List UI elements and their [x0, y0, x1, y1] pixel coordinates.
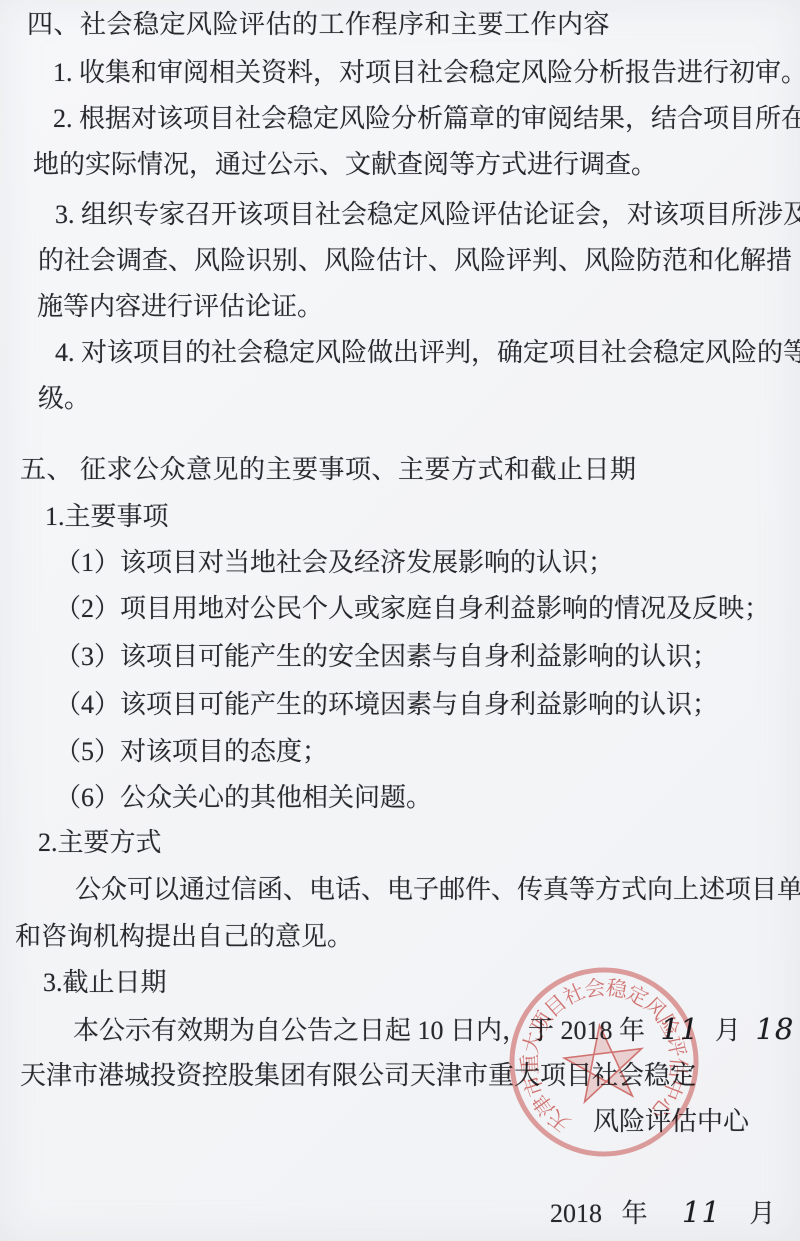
- date-year: 2018: [550, 1198, 602, 1230]
- section5-sub2-line2: 和咨询机构提出自己的意见。: [15, 921, 353, 953]
- section5-sub1-item3: （3）该项目可能产生的安全因素与自身利益影响的认识；: [55, 641, 718, 673]
- seal-text-char: 定: [623, 981, 653, 1012]
- section4-heading: 四、社会稳定风险评估的工作程序和主要工作内容: [27, 9, 610, 41]
- document-page: 四、社会稳定风险评估的工作程序和主要工作内容 1. 收集和审阅相关资料，对项目社…: [0, 0, 800, 1241]
- section5-sub3-title: 3.截止日期: [43, 967, 167, 999]
- section5-sub1-item2: （2）项目用地对公民个人或家庭自身利益影响的情况及反映；: [55, 593, 770, 625]
- section5-sub1-item6: （6）公众关心的其他相关问题。: [55, 782, 432, 814]
- section5-sub1-title: 1.主要事项: [45, 501, 169, 533]
- signature-org-line2: 风险评估中心: [593, 1106, 749, 1138]
- signature-org-line1: 天津市港城投资控股集团有限公司天津市重大项目社会稳定: [20, 1060, 696, 1092]
- deadline-month-label: 月: [715, 1015, 741, 1047]
- section5-sub1-item1: （1）该项目对当地社会及经济发展影响的认识；: [55, 547, 614, 579]
- seal-text-char: 社: [560, 979, 589, 1009]
- section4-item2-line1: 2. 根据对该项目社会稳定风险分析篇章的审阅结果，结合项目所在: [53, 103, 800, 135]
- seal-text-char: 稳: [604, 975, 630, 1002]
- section4-item4-line2: 级。: [38, 383, 90, 415]
- section5-sub2-line1: 公众可以通过信函、电话、电子邮件、传真等方式向上述项目单位: [75, 874, 800, 906]
- seal-text-char: 会: [583, 975, 607, 1001]
- seal-text-char: 津: [528, 1090, 560, 1121]
- section4-item4-line1: 4. 对该项目的社会稳定风险做出评判，确定项目社会稳定风险的等: [55, 337, 800, 369]
- section5-sub2-title: 2.主要方式: [38, 827, 162, 859]
- section5-sub1-item5: （5）对该项目的态度；: [55, 736, 328, 768]
- date-year-label: 年: [622, 1198, 648, 1230]
- section5-heading: 五、 征求公众意见的主要事项、主要方式和截止日期: [20, 454, 637, 486]
- section5-sub1-item4: （4）该项目可能产生的环境因素与自身利益影响的认识；: [55, 689, 718, 721]
- deadline-handwritten-month: 11: [661, 1013, 700, 1045]
- section4-item3-line3: 施等内容进行评估论证。: [37, 291, 323, 323]
- section4-item2-line2: 地的实际情况，通过公示、文献查阅等方式进行调查。: [33, 149, 657, 181]
- deadline-text-part1: 本公示有效期为自公告之日起 10 日内，于 2018 年: [73, 1015, 645, 1047]
- section4-item1: 1. 收集和审阅相关资料，对项目社会稳定风险分析报告进行初审。: [53, 57, 800, 89]
- section4-item3-line1: 3. 组织专家召开该项目社会稳定风险评估论证会，对该项目所涉及: [55, 199, 800, 231]
- deadline-line: 本公示有效期为自公告之日起 10 日内，于 2018 年 11 月 18 日截止…: [73, 1013, 800, 1047]
- date-month-label: 月: [749, 1198, 775, 1230]
- section4-item3-line2: 的社会调查、风险识别、风险估计、风险评判、风险防范和化解措: [38, 245, 792, 277]
- signature-date: 2018 年 11 月 9 日: [550, 1196, 800, 1230]
- seal-text-char: 天: [543, 1105, 574, 1137]
- deadline-handwritten-day: 18: [755, 1013, 794, 1045]
- date-handwritten-month: 11: [682, 1196, 721, 1228]
